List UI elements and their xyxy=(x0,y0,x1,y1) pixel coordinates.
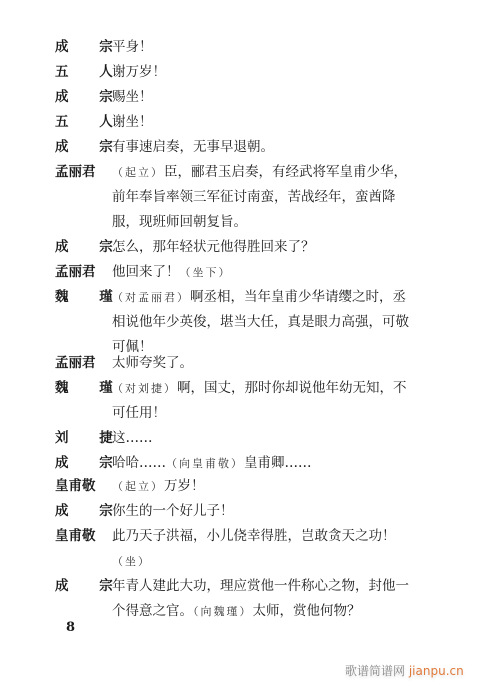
dialogue-text: 怎么，那年轻状元他得胜回来了？ xyxy=(112,237,315,257)
stage-direction: （坐下） xyxy=(180,266,232,279)
stage-direction: （向魏瑾） xyxy=(193,605,253,618)
script-page: 成 宗平身！五 人谢万岁！成 宗赐坐！五 人谢坐！成 宗有事速启奏，无事早退朝。… xyxy=(0,0,492,690)
speaker-name: 成 宗 xyxy=(55,37,110,57)
dialogue-text: （起立）臣，郦君玉启奏，有经武将军皇甫少华， xyxy=(112,162,407,183)
watermark-url: jianpu.cn xyxy=(409,664,464,678)
stage-direction: （对孟丽君） xyxy=(112,291,190,304)
speaker-name: 成 宗 xyxy=(55,576,110,596)
dialogue-segment: 啊丞相，当年皇甫少华请缨之时，丞 xyxy=(190,289,406,305)
dialogue-segment: 太师，赏他何物？ xyxy=(253,603,361,619)
watermark-site: 歌谱简谱网 xyxy=(345,664,405,678)
dialogue-text: 他回来了！（坐下） xyxy=(112,262,232,283)
speaker-name: 五 人 xyxy=(55,112,110,132)
dialogue-text: 服，现班师回朝复旨。 xyxy=(112,212,247,232)
speaker-name: 皇甫敬 xyxy=(55,526,110,546)
dialogue-text: 太师夸奖了。 xyxy=(112,353,193,373)
stage-direction: （向皇甫敬） xyxy=(166,457,244,470)
dialogue-text: 哈哈……（向皇甫敬）皇甫卿…… xyxy=(112,453,312,474)
speaker-name: 孟丽君 xyxy=(55,262,110,282)
speaker-name: 成 宗 xyxy=(55,501,110,521)
dialogue-segment: 他回来了！ xyxy=(112,264,180,280)
dialogue-text: 有事速启奏，无事早退朝。 xyxy=(112,137,274,157)
speaker-name: 成 宗 xyxy=(55,87,110,107)
speaker-name: 成 宗 xyxy=(55,237,110,257)
speaker-name: 五 人 xyxy=(55,62,110,82)
speaker-name: 皇甫敬 xyxy=(55,476,110,496)
page-number: 8 xyxy=(66,620,75,635)
dialogue-segment: 哈哈…… xyxy=(112,455,166,471)
stage-direction: （坐） xyxy=(112,555,151,568)
dialogue-text: 此乃天子洪福，小儿侥幸得胜，岂敢贪天之功！ xyxy=(112,526,396,546)
speaker-name: 魏 瑾 xyxy=(55,287,110,307)
dialogue-text: 平身！ xyxy=(112,37,153,57)
speaker-name: 魏 瑾 xyxy=(55,378,110,398)
dialogue-text: 这…… xyxy=(112,428,153,448)
dialogue-segment: 臣，郦君玉启奏，有经武将军皇甫少华， xyxy=(164,164,407,180)
dialogue-text: （起立）万岁！ xyxy=(112,476,205,497)
stage-direction: （起立） xyxy=(112,480,164,493)
watermark: 歌谱简谱网 jianpu.cn xyxy=(345,662,464,679)
dialogue-text: 年青人建此大功，理应赏他一件称心之物，封他一 xyxy=(112,576,409,596)
speaker-name: 孟丽君 xyxy=(55,162,110,182)
dialogue-text: 你生的一个好儿子！ xyxy=(112,501,234,521)
dialogue-text: 谢坐！ xyxy=(112,112,153,132)
dialogue-text: 可任用！ xyxy=(112,403,166,423)
dialogue-text: （对刘捷）啊，国丈，那时你却说他年幼无知，不 xyxy=(112,378,407,399)
speaker-name: 刘 捷 xyxy=(55,428,110,448)
dialogue-text: （对孟丽君）啊丞相，当年皇甫少华请缨之时，丞 xyxy=(112,287,406,308)
dialogue-segment: 啊，国丈，那时你却说他年幼无知，不 xyxy=(177,380,407,396)
speaker-name: 成 宗 xyxy=(55,453,110,473)
dialogue-segment: 皇甫卿…… xyxy=(244,455,312,471)
stage-direction: （对刘捷） xyxy=(112,382,177,395)
dialogue-text: 谢万岁！ xyxy=(112,62,166,82)
dialogue-text: 相说他年少英俊，堪当大任，真是眼力高强，可敬 xyxy=(112,312,409,332)
dialogue-segment: 个得意之官。 xyxy=(112,603,193,619)
dialogue-text: 赐坐！ xyxy=(112,87,153,107)
stage-direction: （起立） xyxy=(112,166,164,179)
dialogue-text: 前年奉旨率领三军征讨南蛮，苦战经年，蛮酋降 xyxy=(112,187,396,207)
dialogue-segment: 万岁！ xyxy=(164,478,205,494)
dialogue-text: （坐） xyxy=(112,551,151,572)
speaker-name: 孟丽君 xyxy=(55,353,110,373)
dialogue-text: 个得意之官。（向魏瑾）太师，赏他何物？ xyxy=(112,601,361,622)
speaker-name: 成 宗 xyxy=(55,137,110,157)
